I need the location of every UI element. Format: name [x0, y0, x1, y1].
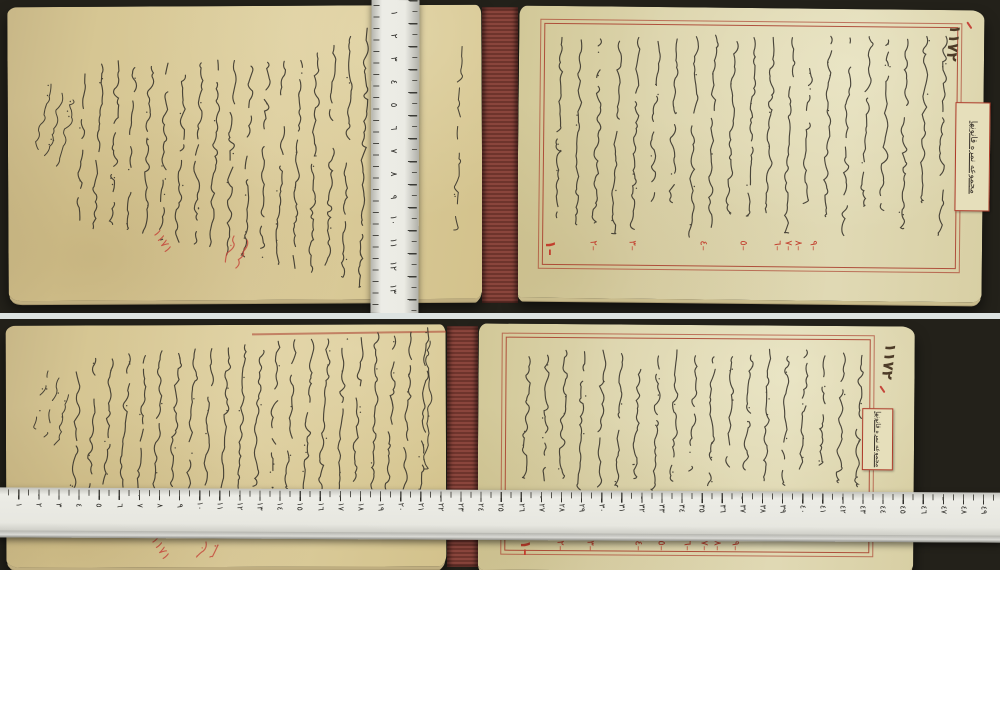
- ruler-number: ٦: [388, 119, 398, 137]
- ruler-number: ٤٩: [979, 503, 988, 517]
- spine-tab-title: مجموعه نمره قانونها: [873, 411, 881, 467]
- ruler-number: ٤٨: [959, 503, 968, 517]
- ruler-number: ١١: [216, 499, 225, 513]
- ruler-number: ٢٤: [477, 500, 486, 514]
- ruler-number: ٤٣: [859, 502, 868, 516]
- ruler-number: ٥: [388, 96, 398, 114]
- ruler-number: ٣٢: [638, 501, 647, 515]
- folio-number: ١١٧٢: [942, 24, 964, 62]
- vertical-ruler: ١٢٣٤٥٦٧٨٩١٠١١١٢١٣: [370, 0, 419, 313]
- ruler-number: ٣١: [618, 501, 627, 515]
- ruler-number: ٣٩: [778, 502, 787, 516]
- ruler-number: ٣٣: [658, 501, 667, 515]
- ruler-number: ١٣: [388, 280, 398, 298]
- ruler-number: ٧: [135, 499, 144, 513]
- ruler-number: ٤٦: [919, 503, 928, 517]
- ruler-number: ١: [388, 4, 398, 22]
- ruler-number: ٤٠: [798, 502, 807, 516]
- ruler-number: ٣٧: [738, 502, 747, 516]
- ruler-number: ٢: [35, 498, 44, 512]
- ruler-number: ٣: [55, 498, 64, 512]
- ruler-number: ٤: [75, 498, 84, 512]
- ruler-number: ٥: [95, 498, 104, 512]
- ruler-number: ١٦: [316, 500, 325, 514]
- ruler-number: ٢٠: [396, 500, 405, 514]
- ruler-number: ٣٥: [698, 502, 707, 516]
- red-check-mark: [879, 385, 885, 393]
- ruler-number: ٩: [388, 188, 398, 206]
- white-matte: [0, 570, 1000, 707]
- ruler-number: ٤٧: [939, 503, 948, 517]
- spine-tab: مجموعه نمره قانونها: [954, 102, 990, 211]
- ruler-number: ٣٤: [678, 501, 687, 515]
- ruler-number: ٤٥: [899, 503, 908, 517]
- ruler-number: ٨: [155, 499, 164, 513]
- digitization-photo-canvas: ١١٧٢ مجموعه نمره قانونها ١١٧١ ١–٢–٣–٤–٥–…: [0, 0, 1000, 707]
- ruler-number: ٢٧: [537, 501, 546, 515]
- folio-number: ١١٧٢: [878, 342, 900, 380]
- ruler-number: ٢٨: [557, 501, 566, 515]
- ruler-number: ٢١: [417, 500, 426, 514]
- ruler-number: ٢: [388, 27, 398, 45]
- ruler-number: ٤: [388, 73, 398, 91]
- ruler-number: ٣٦: [718, 502, 727, 516]
- ruler-number: ١٣: [256, 499, 265, 513]
- spine-tab-title: مجموعه نمره قانونها: [967, 120, 978, 193]
- ruler-number: ١٤: [276, 499, 285, 513]
- spine-tab: مجموعه نمره قانونها: [862, 408, 893, 470]
- photo-top-vertical-ruler: ١١٧٢ مجموعه نمره قانونها ١١٧١ ١–٢–٣–٤–٥–…: [0, 0, 1000, 313]
- ruler-number: ٤١: [818, 502, 827, 516]
- ruler-number: ١٢: [236, 499, 245, 513]
- ruler-numerals: ١٢٣٤٥٦٧٨٩١٠١١١٢١٣١٤١٥١٦١٧١٨١٩٢٠٢١٢٢٢٣٢٤٢…: [0, 487, 1000, 542]
- ruler-number: ٤٢: [839, 502, 848, 516]
- ruler-number: ٢٦: [517, 501, 526, 515]
- ruler-number: ٧: [388, 142, 398, 160]
- ruler-number: ٣٨: [758, 502, 767, 516]
- photo-bottom-horizontal-ruler: ١١٧٢ مجموعه نمره قانونها ١١٧١ ١–٢–٣–٤–٥–…: [0, 319, 1000, 570]
- horizontal-ruler: ١٢٣٤٥٦٧٨٩١٠١١١٢١٣١٤١٥١٦١٧١٨١٩٢٠٢١٢٢٢٣٢٤٢…: [0, 487, 1000, 542]
- ruler-number: ١٨: [356, 500, 365, 514]
- ruler-number: ١٠: [388, 211, 398, 229]
- spine-cloth: [482, 7, 518, 303]
- ruler-number: ١١: [388, 234, 398, 252]
- ruler-number: ١٩: [376, 500, 385, 514]
- ruler-number: ٣٠: [597, 501, 606, 515]
- red-ruled-frame: [542, 23, 959, 269]
- ruler-number: ٩: [175, 499, 184, 513]
- ruler-number: ٨: [388, 165, 398, 183]
- ruler-number: ٦: [115, 498, 124, 512]
- ruler-number: ٢٥: [497, 500, 506, 514]
- ruler-numerals: ١٢٣٤٥٦٧٨٩١٠١١١٢١٣: [370, 0, 419, 313]
- ruler-number: ١٠: [195, 499, 204, 513]
- ruler-number: ٢٣: [457, 500, 466, 514]
- ruler-number: ٤٤: [879, 502, 888, 516]
- ruler-number: ١: [15, 498, 24, 512]
- right-page: ١١٧٢ مجموعه نمره قانونها: [516, 6, 984, 303]
- ruler-number: ١٥: [296, 499, 305, 513]
- ruler-number: ١٢: [388, 257, 398, 275]
- red-check-mark: [966, 21, 972, 29]
- ruler-number: ٢٢: [437, 500, 446, 514]
- ruler-number: ٢٩: [577, 501, 586, 515]
- ruler-number: ١٧: [336, 500, 345, 514]
- ruler-number: ٣: [388, 50, 398, 68]
